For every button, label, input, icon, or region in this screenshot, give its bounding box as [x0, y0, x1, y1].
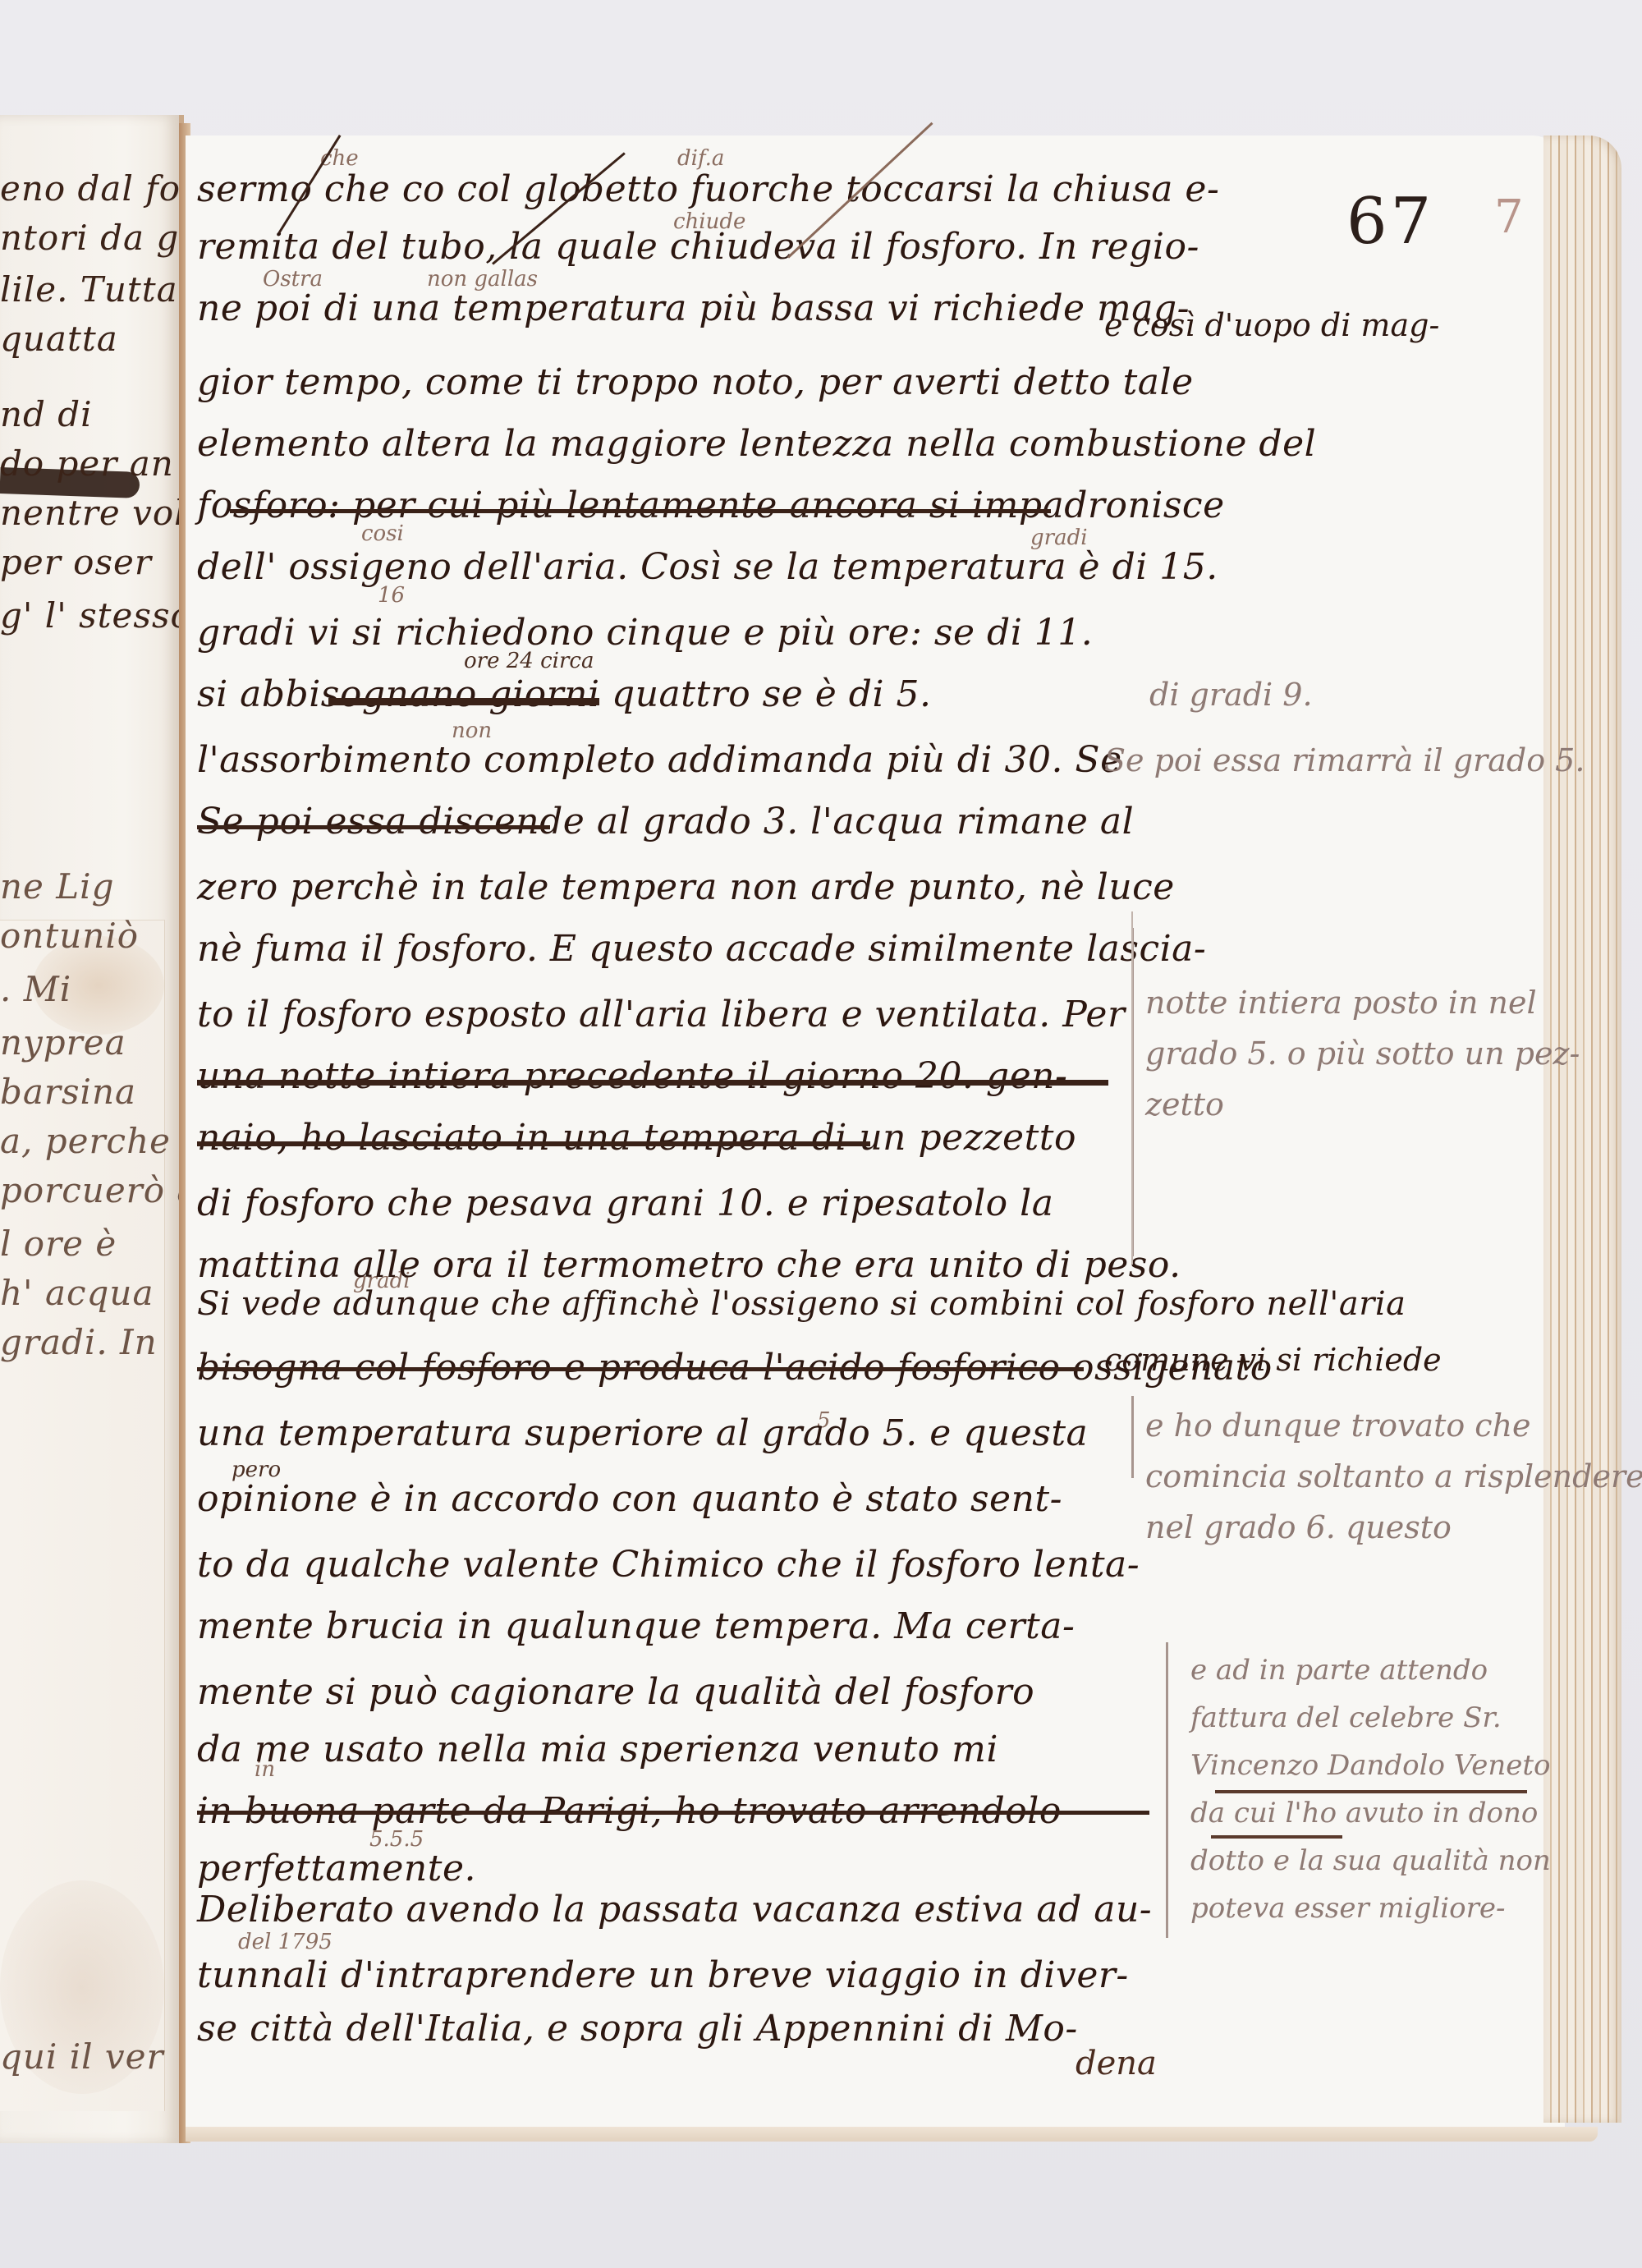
left-page: eno dal fos ntori da gr lile. Tutta quat…	[0, 115, 184, 2143]
left-line: per oser	[0, 542, 152, 582]
margin-bracket	[1166, 1642, 1168, 1938]
manuscript-line: mente si può cagionare la qualità del fo…	[197, 1671, 1034, 1713]
manuscript-line: di fosforo che pesava grani 10. e ripesa…	[197, 1182, 1053, 1224]
ruled-margin-line	[1131, 911, 1133, 1265]
manuscript-line: se città dell'Italia, e sopra gli Appenn…	[197, 2008, 1078, 2050]
margin-note-line: poteva esser migliore-	[1190, 1885, 1551, 1932]
margin-note-line: fattura del celebre Sr.	[1190, 1694, 1551, 1742]
left-line: eno dal fos	[0, 168, 200, 209]
manuscript-line struck: fosforo: per cui più lentamente ancora s…	[197, 484, 1225, 526]
margin-note-line: grado 5. o più sotto un pez-	[1145, 1028, 1580, 1079]
left-line: do per an	[0, 443, 174, 484]
left-line: h' acqua	[0, 1273, 154, 1313]
left-line: nd di	[0, 394, 93, 434]
manuscript-line: dell' ossigeno dell'aria. Così se la tem…	[197, 546, 1218, 588]
pencil-folio: 7	[1494, 191, 1524, 244]
catchword: dena	[1076, 2045, 1157, 2082]
manuscript-line: opinione è in accordo con quanto è stato…	[197, 1478, 1062, 1520]
margin-note: e così d'uopo di mag-	[1104, 300, 1439, 351]
manuscript-line: tunnali d'intraprendere un breve viaggio…	[197, 1954, 1129, 1996]
deletion-stroke	[230, 509, 1051, 513]
manuscript-line: mattina alle ora il termometro che era u…	[197, 1244, 1181, 1286]
deletion-stroke	[1211, 1835, 1342, 1839]
margin-note: e ad in parte attendo fattura del celebr…	[1190, 1646, 1551, 1932]
manuscript-line: sermo che co col globetto fuorche toccar…	[197, 168, 1219, 210]
left-line: quatta	[0, 319, 118, 359]
deletion-stroke	[1215, 1790, 1527, 1793]
left-line: gradi. In	[0, 1322, 158, 1362]
manuscript-line: to da qualche valente Chimico che il fos…	[197, 1544, 1140, 1586]
margin-note-line: notte intiera posto in nel	[1145, 977, 1580, 1028]
manuscript-line: elemento altera la maggiore lentezza nel…	[197, 423, 1316, 465]
left-line: qui il ver	[0, 2036, 164, 2077]
margin-note-line: nel grado 6. questo	[1145, 1502, 1642, 1553]
deletion-stroke	[197, 1080, 1108, 1086]
manuscript-line: una notte intiera precedente il giorno 2…	[197, 1055, 1067, 1097]
deletion-stroke	[328, 698, 599, 705]
manuscript-line: nè fuma il fosforo. E questo accade simi…	[197, 928, 1206, 970]
manuscript-line: si abbisognano giorni quattro se è di 5.	[197, 673, 932, 715]
manuscript-line: remita del tubo, la quale chiudeva il fo…	[197, 226, 1199, 268]
left-line: lile. Tutta	[0, 269, 178, 310]
margin-note: comune vi si richiede	[1104, 1334, 1442, 1385]
deletion-stroke	[197, 1141, 870, 1146]
deletion-stroke	[197, 1811, 1149, 1815]
interlinear-note: dif.a	[677, 146, 724, 171]
margin-note: di gradi 9.	[1149, 669, 1313, 720]
manuscript-line: perfettamente.	[197, 1848, 476, 1889]
margin-note-line: e ho dunque trovato che	[1145, 1400, 1642, 1451]
manuscript-line: Si vede adunque che affinchè l'ossigeno …	[197, 1285, 1406, 1323]
left-line: barsina	[0, 1072, 136, 1112]
deletion-stroke	[197, 825, 550, 829]
manuscript-line: to il fosforo esposto all'aria libera e …	[197, 994, 1125, 1035]
left-line: nyprea	[0, 1022, 126, 1063]
margin-bracket	[1131, 1396, 1134, 1478]
margin-note-line: e ad in parte attendo	[1190, 1646, 1551, 1694]
margin-note: e ho dunque trovato che comincia soltant…	[1145, 1400, 1642, 1553]
margin-note: Se poi essa rimarrà il grado 5.	[1104, 735, 1585, 786]
left-line: ontuniò	[0, 916, 139, 956]
manuscript-line: zero perchè in tale tempera non arde pun…	[197, 866, 1175, 908]
manuscript-line: ne poi di una temperatura più bassa vi r…	[197, 287, 1190, 329]
manuscript-line: naio, ho lasciato in una tempera di un p…	[197, 1117, 1076, 1159]
margin-note-line: da cui l'ho avuto in dono	[1190, 1789, 1551, 1837]
manuscript-line: da me usato nella mia sperienza venuto m…	[197, 1729, 998, 1770]
page-number: 67	[1346, 185, 1434, 259]
margin-note-line: Vincenzo Dandolo Veneto	[1190, 1742, 1551, 1789]
margin-note: notte intiera posto in nel grado 5. o pi…	[1145, 977, 1580, 1130]
left-line: l ore è	[0, 1224, 117, 1264]
margin-note-line: zetto	[1145, 1079, 1580, 1130]
interlinear-note: del 1795	[238, 1930, 333, 1954]
left-line: a, perche	[0, 1121, 171, 1161]
left-line: g' l' stesso	[0, 595, 192, 636]
page-bottom-edge	[186, 2127, 1598, 2142]
margin-note-line: dotto e la sua qualità non	[1190, 1837, 1551, 1885]
manuscript-line: una temperatura superiore al grado 5. e …	[197, 1412, 1088, 1454]
manuscript-line: mente brucia in qualunque tempera. Ma ce…	[197, 1605, 1075, 1647]
manuscript-line: l'assorbimento completo addimanda più di…	[197, 739, 1122, 781]
manuscript-line: Se poi essa discende al grado 3. l'acqua…	[197, 801, 1134, 842]
manuscript-line: gior tempo, come ti troppo noto, per ave…	[197, 361, 1194, 403]
left-line: ne Lig	[0, 866, 114, 907]
margin-note-line: comincia soltanto a risplendere	[1145, 1451, 1642, 1502]
manuscript-line: gradi vi si richiedono cinque e più ore:…	[197, 612, 1093, 654]
deletion-stroke	[197, 1367, 1084, 1371]
manuscript-line: Deliberato avendo la passata vacanza est…	[197, 1889, 1152, 1931]
left-line: ntori da gr	[0, 218, 196, 258]
left-line: . Mi	[0, 969, 71, 1009]
